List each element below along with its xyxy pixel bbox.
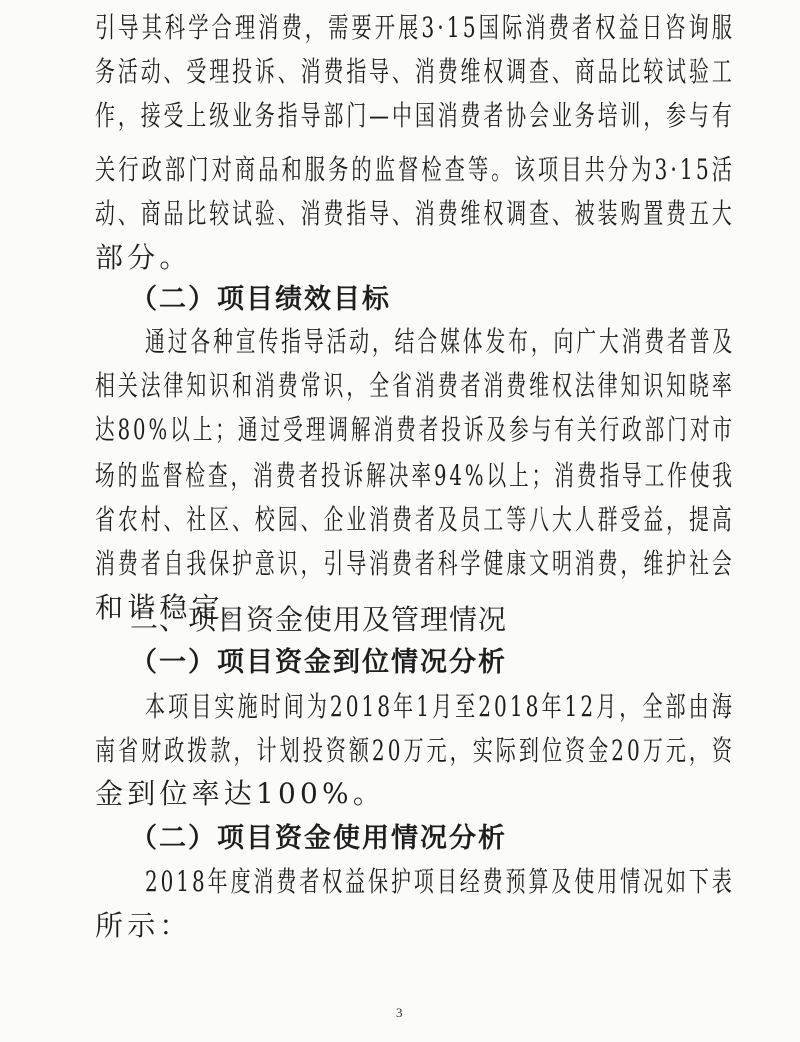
subsection-heading: （二）项目绩效目标 — [130, 283, 770, 317]
paragraph-line: 动、商品比较试验、消费指导、消费维权调查、被装购置费五大 — [95, 197, 549, 231]
paragraph-line: 部分。 — [95, 241, 735, 275]
paragraph-line: 关行政部门对商品和服务的监督检查等。该项目共分为3·15活 — [95, 153, 558, 187]
page-number: 3 — [396, 1005, 403, 1021]
paragraph-line: 2018年度消费者权益保护项目经费预算及使用情况如下表 — [145, 865, 565, 899]
paragraph-line: 达80%以上；通过受理调解消费者投诉及参与有关行政部门对市 — [95, 413, 544, 447]
paragraph-line: 通过各种宣传指导活动，结合媒体发布，向广大消费者普及 — [145, 325, 561, 359]
paragraph-line: 场的监督检查，消费者投诉解决率94%以上；消费指导工作使我 — [95, 459, 544, 493]
paragraph-line: 相关法律知识和消费常识，全省消费者消费维权法律知识知晓率 — [95, 369, 549, 403]
section-heading: 二、项目资金使用及管理情况 — [130, 603, 770, 637]
subsection-heading: （一）项目资金到位情况分析 — [130, 646, 770, 680]
paragraph-line: 所示： — [95, 909, 735, 943]
paragraph-line: 金到位率达100%。 — [95, 777, 735, 811]
paragraph-line: 务活动、受理投诉、消费指导、消费维权调查、商品比较试验工 — [95, 55, 549, 89]
paragraph-line: 引导其科学合理消费，需要开展3·15国际消费者权益日咨询服 — [95, 11, 558, 45]
document-page: 引导其科学合理消费，需要开展3·15国际消费者权益日咨询服务活动、受理投诉、消费… — [0, 0, 800, 1042]
subsection-heading: （二）项目资金使用情况分析 — [130, 822, 770, 856]
paragraph-line: 南省财政拨款，计划投资额20万元，实际到位资金20万元，资 — [95, 734, 554, 768]
paragraph-line: 消费者自我保护意识，引导消费者科学健康文明消费，维护社会 — [95, 547, 549, 581]
paragraph-line: 本项目实施时间为2018年1月至2018年12月，全部由海 — [145, 690, 568, 724]
paragraph-line: 作，接受上级业务指导部门—中国消费者协会业务培训，参与有 — [95, 99, 549, 133]
paragraph-line: 省农村、社区、校园、企业消费者及员工等八大人群受益，提高 — [95, 503, 549, 537]
